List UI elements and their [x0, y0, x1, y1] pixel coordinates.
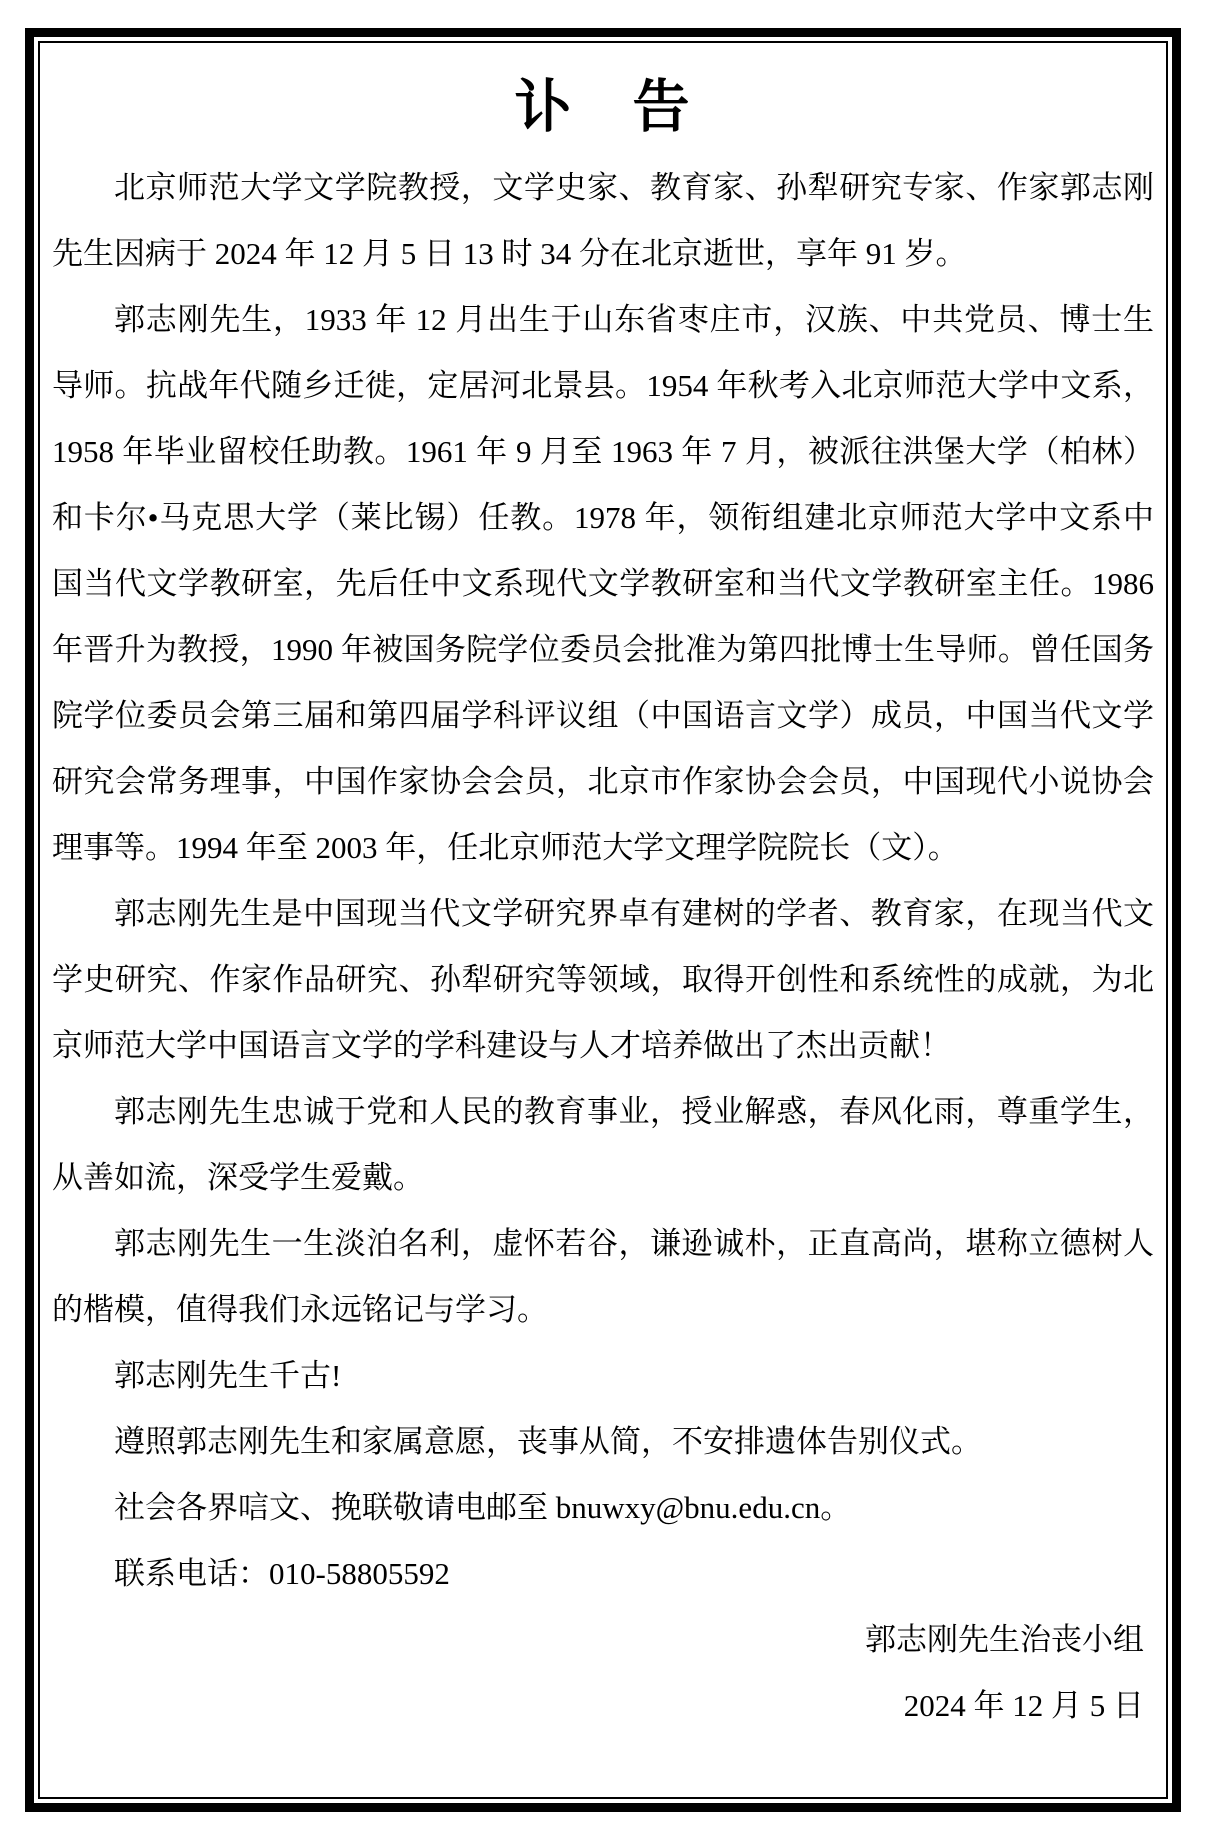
paragraph-personal-virtue: 郭志刚先生一生淡泊名利，虚怀若谷，谦逊诚朴，正直高尚，堪称立德树人的楷模，值得我… [52, 1211, 1154, 1343]
paragraph-teaching-devotion: 郭志刚先生忠诚于党和人民的教育事业，授业解惑，春风化雨，尊重学生，从善如流，深受… [52, 1079, 1154, 1211]
obituary-page: 讣 告 北京师范大学文学院教授，文学史家、教育家、孙犁研究专家、作家郭志刚先生因… [0, 0, 1216, 1839]
paragraph-funeral-arrangement: 遵照郭志刚先生和家属意愿，丧事从简，不安排遗体告别仪式。 [52, 1409, 1154, 1475]
paragraph-death-announcement: 北京师范大学文学院教授，文学史家、教育家、孙犁研究专家、作家郭志刚先生因病于 2… [52, 155, 1154, 287]
paragraph-eternal-tribute: 郭志刚先生千古! [52, 1343, 1154, 1409]
document-outer-border: 讣 告 北京师范大学文学院教授，文学史家、教育家、孙犁研究专家、作家郭志刚先生因… [25, 28, 1181, 1812]
paragraph-contact-phone: 联系电话：010-58805592 [52, 1541, 1154, 1607]
document-inner-border: 讣 告 北京师范大学文学院教授，文学史家、教育家、孙犁研究专家、作家郭志刚先生因… [38, 41, 1168, 1799]
paragraph-biography: 郭志刚先生，1933 年 12 月出生于山东省枣庄市，汉族、中共党员、博士生导师… [52, 287, 1154, 881]
page-title: 讣 告 [52, 67, 1154, 147]
date-line: 2024 年 12 月 5 日 [52, 1673, 1154, 1739]
paragraph-condolence-email: 社会各界唁文、挽联敬请电邮至 bnuwxy@bnu.edu.cn。 [52, 1475, 1154, 1541]
paragraph-academic-contributions: 郭志刚先生是中国现当代文学研究界卓有建树的学者、教育家，在现当代文学史研究、作家… [52, 881, 1154, 1079]
signature-line: 郭志刚先生治丧小组 [52, 1607, 1154, 1673]
